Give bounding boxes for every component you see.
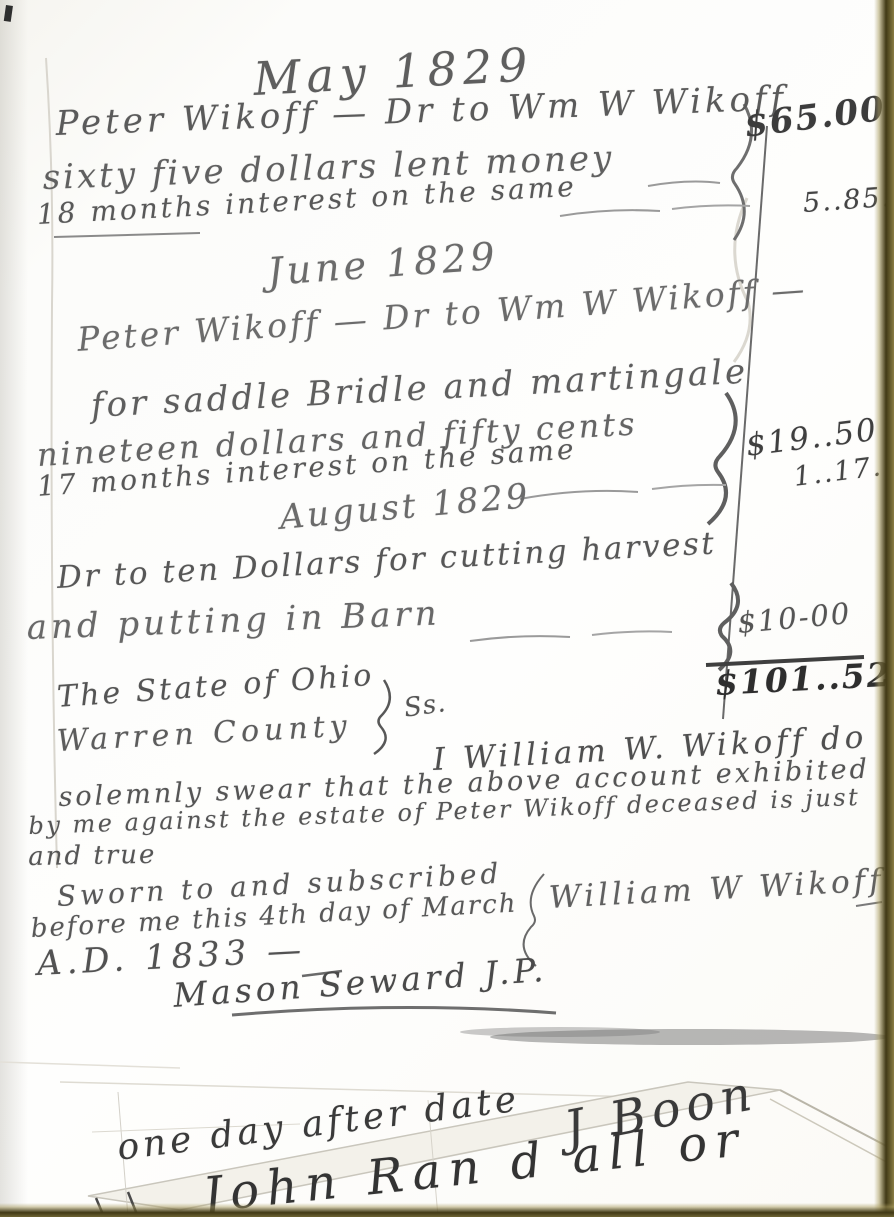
signature-william-w-wikoff: William W Wikoff <box>548 862 885 916</box>
entry3-desc1: Dr to ten Dollars for cutting harvest <box>56 525 717 596</box>
left-paper-shadow <box>0 0 28 1217</box>
oath-line3: and true <box>28 840 157 872</box>
underline-18-months <box>54 233 200 237</box>
scanned-document-page: May 1829 Peter Wikoff — Dr to Wm W Wikof… <box>0 0 894 1217</box>
total-amount: $101..52 <box>714 655 893 703</box>
ss-label: Ss. <box>402 688 448 724</box>
entry3-amount: $10-00 <box>736 596 853 640</box>
entry2-desc1: for saddle Bridle and martingale <box>90 352 749 426</box>
dash-stroke <box>592 631 672 635</box>
graphite-smudge <box>460 1027 660 1037</box>
bottom-scan-border <box>0 1203 894 1217</box>
county-line: Warren County <box>56 709 353 759</box>
entry2-interest-amount: 1..17. <box>792 451 884 493</box>
signature-flourish <box>232 1007 556 1015</box>
heading-june-1829: June 1829 <box>266 234 500 294</box>
bottom-crease <box>60 1082 640 1097</box>
heading-august-1829: August 1829 <box>278 476 532 538</box>
dash-stroke <box>470 636 570 641</box>
dash-stroke <box>652 485 726 489</box>
entry2-brace <box>708 393 736 524</box>
dash-stroke <box>648 182 720 186</box>
state-brace <box>374 680 390 754</box>
graphite-smudge <box>490 1029 890 1045</box>
right-scan-border <box>874 0 894 1217</box>
dash-stroke <box>560 210 660 216</box>
entry3-brace <box>719 583 738 670</box>
dash-stroke <box>520 491 638 499</box>
dash-stroke <box>672 205 750 209</box>
entry2-title: Peter Wikoff — Dr to Wm W Wikoff — <box>76 269 809 359</box>
entry3-desc2: and putting in Barn <box>26 594 441 648</box>
state-line: The State of Ohio <box>56 658 375 715</box>
